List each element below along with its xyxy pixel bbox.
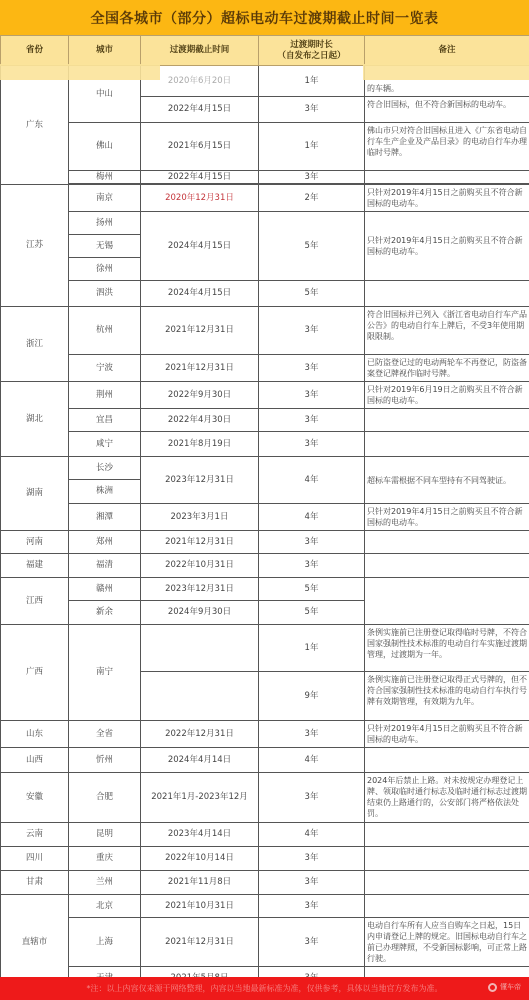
note-cell: 条例实施前已注册登记取得正式号牌的，但不符合国家强制性技术标准的电动自行车执行号… xyxy=(365,672,529,721)
table-row: 扬州 2024年4月15日 5年 只针对2019年4月15日之前购买且不符合新国… xyxy=(1,212,529,235)
table-row: 广西 南宁 1年 条例实施前已注册登记取得临时号牌，不符合国家强制性技术标准的电… xyxy=(1,625,529,672)
header-row: 省份 城市 过渡期截止时间 过渡期时长 （自发布之日起） 备注 xyxy=(1,36,529,66)
table-row: 泗洪 2024年4月15日 5年 xyxy=(1,281,529,307)
province-cell: 广东 xyxy=(1,66,69,185)
province-cell: 云南 xyxy=(1,823,69,847)
province-cell: 湖南 xyxy=(1,457,69,531)
header-province: 省份 xyxy=(1,36,69,66)
duration-cell: 1年 xyxy=(259,123,365,171)
duration-cell: 3年 xyxy=(259,554,365,578)
duration-cell: 3年 xyxy=(259,773,365,823)
table-row: 宜昌 2022年4月30日 3年 xyxy=(1,409,529,432)
duration-cell: 3年 xyxy=(259,721,365,748)
province-cell: 山西 xyxy=(1,748,69,773)
city-cell: 泗洪 xyxy=(69,281,141,307)
duration-cell: 5年 xyxy=(259,212,365,281)
province-cell: 直辖市 xyxy=(1,895,69,990)
deadline-cell: 2022年10月31日 xyxy=(141,554,259,578)
city-cell: 徐州 xyxy=(69,258,141,281)
deadline-cell xyxy=(141,625,259,672)
deadline-cell: 2024年4月15日 xyxy=(141,212,259,281)
city-cell: 新余 xyxy=(69,601,141,625)
city-cell: 湘潭 xyxy=(69,504,141,531)
deadline-cell: 2021年12月31日 xyxy=(141,355,259,382)
note-cell: 符合旧国标并已列入《浙江省电动自行车产品公告》的电动自行车上牌后，不受3年使用期… xyxy=(365,307,529,355)
duration-cell: 5年 xyxy=(259,578,365,601)
province-cell: 浙江 xyxy=(1,307,69,382)
deadline-cell: 2020年12月31日 xyxy=(141,185,259,212)
city-cell: 忻州 xyxy=(69,748,141,773)
deadline-cell: 2023年12月31日 xyxy=(141,457,259,504)
note-cell: 符合旧国标，但不符合新国标的电动车。 xyxy=(365,97,529,123)
duration-cell: 1年 xyxy=(259,625,365,672)
note-cell xyxy=(365,871,529,895)
table-row: 山东 全省 2022年12月31日 3年 只针对2019年4月15日之前购买且不… xyxy=(1,721,529,748)
transition-deadline-table: 省份 城市 过渡期截止时间 过渡期时长 （自发布之日起） 备注 广东 中山 20… xyxy=(0,35,529,990)
note-cell xyxy=(365,895,529,918)
duration-cell: 9年 xyxy=(259,672,365,721)
table-row: 咸宁 2021年8月19日 3年 xyxy=(1,432,529,457)
header-notes: 备注 xyxy=(365,36,529,66)
table-row: 上海 2021年12月31日 3年 电动自行车所有人应当自购车之日起，15日内申… xyxy=(1,918,529,967)
duration-cell: 3年 xyxy=(259,307,365,355)
duration-cell: 3年 xyxy=(259,355,365,382)
note-cell: 只针对2019年4月15日之前购买且不符合新国标的电动车。 xyxy=(365,504,529,531)
deadline-cell: 2022年4月15日 xyxy=(141,97,259,123)
city-cell: 全省 xyxy=(69,721,141,748)
province-cell: 湖北 xyxy=(1,382,69,457)
table-title: 全国各城市（部分）超标电动车过渡期截止时间一览表 xyxy=(0,0,529,36)
duration-cell: 4年 xyxy=(259,457,365,504)
city-cell: 南宁 xyxy=(69,625,141,721)
duration-cell: 1年 xyxy=(259,66,365,97)
note-cell xyxy=(365,409,529,432)
deadline-cell: 2021年6月15日 xyxy=(141,123,259,171)
deadline-cell: 2023年4月14日 xyxy=(141,823,259,847)
duration-cell: 3年 xyxy=(259,531,365,554)
city-cell: 宁波 xyxy=(69,355,141,382)
province-cell: 福建 xyxy=(1,554,69,578)
province-cell: 广西 xyxy=(1,625,69,721)
table-row: 河南 郑州 2021年12月31日 3年 xyxy=(1,531,529,554)
table-row: 梅州 2022年4月15日 3年 xyxy=(1,171,529,184)
note-cell: 条例实施前已注册登记取得临时号牌，不符合国家强制性技术标准的电动自行车实施过渡期… xyxy=(365,625,529,672)
duration-cell: 3年 xyxy=(259,409,365,432)
duration-cell: 5年 xyxy=(259,281,365,307)
note-cell: 佛山市只对符合旧国标且进入《广东省电动自行车生产企业及产品目录》的电动自行车办理… xyxy=(365,123,529,171)
header-city: 城市 xyxy=(69,36,141,66)
province-cell: 江苏 xyxy=(1,185,69,307)
city-cell: 株洲 xyxy=(69,480,141,504)
duration-cell: 4年 xyxy=(259,748,365,773)
deadline-cell: 2022年4月15日 xyxy=(141,171,259,184)
city-cell: 赣州 xyxy=(69,578,141,601)
province-cell: 四川 xyxy=(1,847,69,871)
table-row: 四川 重庆 2022年10月14日 3年 xyxy=(1,847,529,871)
city-cell: 北京 xyxy=(69,895,141,918)
city-cell: 昆明 xyxy=(69,823,141,847)
duration-cell: 4年 xyxy=(259,823,365,847)
deadline-cell: 2021年8月19日 xyxy=(141,432,259,457)
deadline-cell: 2021年12月31日 xyxy=(141,307,259,355)
footer-disclaimer: *注：以上内容仅来源于网络整理，内容以当地最新标准为准，仅供参考，具体以当地官方… xyxy=(0,977,529,1000)
city-cell: 长沙 xyxy=(69,457,141,480)
city-cell: 南京 xyxy=(69,185,141,212)
note-cell: 只针对2019年4月15日之前购买且不符合新国标的电动车。 xyxy=(365,212,529,281)
note-cell: 只针对2019年4月15日之前购买且不符合新国标的电动车。 xyxy=(365,721,529,748)
duration-cell: 3年 xyxy=(259,171,365,184)
duration-cell: 3年 xyxy=(259,432,365,457)
table-row: 江西 赣州 2023年12月31日 5年 xyxy=(1,578,529,601)
note-cell xyxy=(365,823,529,847)
deadline-cell: 2022年9月30日 xyxy=(141,382,259,409)
watermark: 懂车帝 xyxy=(488,982,521,992)
duration-cell: 3年 xyxy=(259,847,365,871)
duration-cell: 3年 xyxy=(259,918,365,967)
duration-cell: 4年 xyxy=(259,504,365,531)
city-cell: 无锡 xyxy=(69,235,141,258)
note-cell xyxy=(365,281,529,307)
watermark-text: 懂车帝 xyxy=(500,982,521,992)
table-row: 湖北 荆州 2022年9月30日 3年 只针对2019年6月19日之前购买且不符… xyxy=(1,382,529,409)
header-deadline: 过渡期截止时间 xyxy=(141,36,259,66)
header-overlay-right xyxy=(363,64,529,80)
note-cell xyxy=(365,432,529,457)
note-cell: 已防盗登记过的电动两轮车不再登记，防盗备案登记牌视作临时号牌。 xyxy=(365,355,529,382)
disclaimer-text: *注：以上内容仅来源于网络整理，内容以当地最新标准为准，仅供参考，具体以当地官方… xyxy=(87,983,443,994)
city-cell: 宜昌 xyxy=(69,409,141,432)
city-cell: 郑州 xyxy=(69,531,141,554)
table-row: 江苏 南京 2020年12月31日 2年 只针对2019年4月15日之前购买且不… xyxy=(1,185,529,212)
table-row: 浙江 杭州 2021年12月31日 3年 符合旧国标并已列入《浙江省电动自行车产… xyxy=(1,307,529,355)
city-cell: 杭州 xyxy=(69,307,141,355)
deadline-cell: 2024年4月15日 xyxy=(141,281,259,307)
deadline-cell: 2021年1月-2023年12月 xyxy=(141,773,259,823)
note-cell: 只针对2019年4月15日之前购买且不符合新国标的电动车。 xyxy=(365,185,529,212)
deadline-cell xyxy=(141,672,259,721)
deadline-cell: 2022年12月31日 xyxy=(141,721,259,748)
header-overlay-left xyxy=(0,64,160,80)
table-row: 云南 昆明 2023年4月14日 4年 xyxy=(1,823,529,847)
deadline-cell: 2023年3月1日 xyxy=(141,504,259,531)
table-row: 佛山 2021年6月15日 1年 佛山市只对符合旧国标且进入《广东省电动自行车生… xyxy=(1,123,529,171)
duration-cell: 3年 xyxy=(259,97,365,123)
deadline-cell: 2022年4月30日 xyxy=(141,409,259,432)
note-cell xyxy=(365,847,529,871)
header-duration: 过渡期时长 （自发布之日起） xyxy=(259,36,365,66)
province-cell: 江西 xyxy=(1,578,69,625)
table-row: 宁波 2021年12月31日 3年 已防盗登记过的电动两轮车不再登记，防盗备案登… xyxy=(1,355,529,382)
note-cell: 电动自行车所有人应当自购车之日起，15日内申请登记上牌的规定。旧国标电动自行车之… xyxy=(365,918,529,967)
deadline-cell: 2021年12月31日 xyxy=(141,918,259,967)
note-cell xyxy=(365,748,529,773)
deadline-cell: 2023年12月31日 xyxy=(141,578,259,601)
note-cell xyxy=(365,554,529,578)
note-cell: 只针对2019年6月19日之前购买且不符合新国标的电动车。 xyxy=(365,382,529,409)
city-cell: 荆州 xyxy=(69,382,141,409)
city-cell: 上海 xyxy=(69,918,141,967)
deadline-cell: 2022年10月14日 xyxy=(141,847,259,871)
deadline-cell: 2021年12月31日 xyxy=(141,531,259,554)
note-cell: 2024年后禁止上路。对未按规定办理登记上牌、领取临时通行标志及临时通行标志过渡… xyxy=(365,773,529,823)
duration-cell: 5年 xyxy=(259,601,365,625)
deadline-cell: 2021年10月31日 xyxy=(141,895,259,918)
city-cell: 福清 xyxy=(69,554,141,578)
duration-cell: 2年 xyxy=(259,185,365,212)
deadline-cell: 2024年4月14日 xyxy=(141,748,259,773)
city-cell: 梅州 xyxy=(69,171,141,184)
province-cell: 安徽 xyxy=(1,773,69,823)
table-row: 福建 福清 2022年10月31日 3年 xyxy=(1,554,529,578)
table-row: 湖南 长沙 2023年12月31日 4年 超标车需根据不同车型持有不同驾驶证。 xyxy=(1,457,529,480)
note-cell xyxy=(365,171,529,184)
province-cell: 甘肃 xyxy=(1,871,69,895)
table-row: 直辖市 北京 2021年10月31日 3年 xyxy=(1,895,529,918)
deadline-cell: 2021年11月8日 xyxy=(141,871,259,895)
table-row: 安徽 合肥 2021年1月-2023年12月 3年 2024年后禁止上路。对未按… xyxy=(1,773,529,823)
city-cell: 扬州 xyxy=(69,212,141,235)
table-row: 山西 忻州 2024年4月14日 4年 xyxy=(1,748,529,773)
city-cell: 佛山 xyxy=(69,123,141,171)
duration-cell: 3年 xyxy=(259,895,365,918)
note-cell: 超标车需根据不同车型持有不同驾驶证。 xyxy=(365,457,529,504)
note-cell xyxy=(365,531,529,554)
city-cell: 重庆 xyxy=(69,847,141,871)
watermark-logo-icon xyxy=(488,983,497,992)
city-cell: 兰州 xyxy=(69,871,141,895)
province-cell: 河南 xyxy=(1,531,69,554)
city-cell: 咸宁 xyxy=(69,432,141,457)
note-cell xyxy=(365,578,529,625)
duration-cell: 3年 xyxy=(259,382,365,409)
duration-cell: 3年 xyxy=(259,871,365,895)
table-row: 湘潭 2023年3月1日 4年 只针对2019年4月15日之前购买且不符合新国标… xyxy=(1,504,529,531)
table-row: 甘肃 兰州 2021年11月8日 3年 xyxy=(1,871,529,895)
deadline-cell: 2024年9月30日 xyxy=(141,601,259,625)
city-cell: 合肥 xyxy=(69,773,141,823)
province-cell: 山东 xyxy=(1,721,69,748)
